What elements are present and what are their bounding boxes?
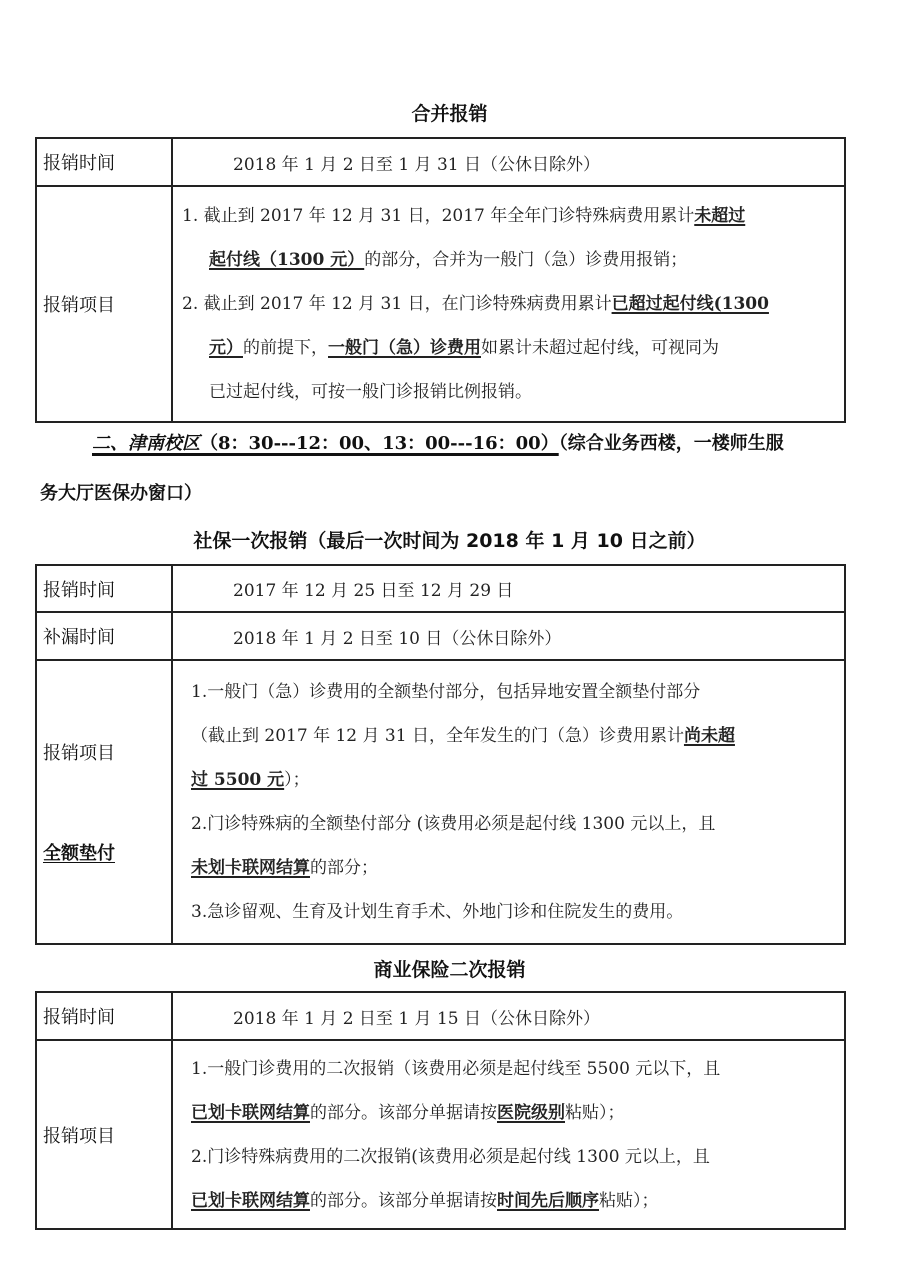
label-supplement-time: 补漏时间	[36, 612, 172, 660]
list-item-continuation: 过 5500 元）；	[191, 758, 838, 802]
value-supplement-time: 2018 年 1 月 2 日至 10 日（公休日除外）	[172, 612, 845, 660]
value-reimbursement-items: 1.一般门（急）诊费用的全额垫付部分，包括异地安置全额垫付部分 （截止到 201…	[172, 660, 845, 944]
list-item: 2.门诊特殊病费用的二次报销(该费用必须是起付线 1300 元以上，且	[191, 1135, 838, 1179]
list-item-continuation: （截止到 2017 年 12 月 31 日，全年发生的门（急）诊费用累计尚未超	[191, 714, 838, 758]
label-reimbursement-time: 报销时间	[36, 565, 172, 612]
list-item: 3.急诊留观、生育及计划生育手术、外地门诊和住院发生的费用。	[191, 890, 838, 934]
campus-location: （综合业务西楼，一楼师生服	[559, 433, 784, 454]
list-item-continuation: 已划卡联网结算的部分。该部分单据请按医院级别粘贴）；	[191, 1091, 838, 1135]
label-reimbursement-items: 报销项目	[36, 186, 172, 422]
list-item-continuation: 已过起付线，可按一般门诊报销比例报销。	[182, 370, 838, 414]
merged-reimbursement-table: 报销时间 2018 年 1 月 2 日至 1 月 31 日（公休日除外） 报销项…	[35, 137, 846, 423]
list-item-continuation: 未划卡联网结算的部分；	[191, 846, 838, 890]
value-reimbursement-time: 2018 年 1 月 2 日至 1 月 15 日（公休日除外）	[172, 992, 845, 1040]
section-title-social-insurance: 社保一次报销（最后一次时间为 2018 年 1 月 10 日之前）	[0, 529, 899, 553]
value-reimbursement-time: 2017 年 12 月 25 日至 12 月 29 日	[172, 565, 845, 612]
section-title-commercial-insurance: 商业保险二次报销	[0, 958, 899, 982]
list-item: 2.门诊特殊病的全额垫付部分 (该费用必须是起付线 1300 元以上，且	[191, 802, 838, 846]
list-item: 1.一般门诊费用的二次报销（该费用必须是起付线至 5500 元以下，且	[191, 1047, 838, 1091]
value-reimbursement-items: 1. 截止到 2017 年 12 月 31 日，2017 年全年门诊特殊病费用累…	[172, 186, 845, 422]
social-insurance-table: 报销时间 2017 年 12 月 25 日至 12 月 29 日 补漏时间 20…	[35, 564, 846, 945]
list-item-continuation: 已划卡联网结算的部分。该部分单据请按时间先后顺序粘贴）；	[191, 1179, 838, 1223]
campus-name-hours: 二、津南校区（8：30---12：00、13：00---16：00）	[40, 433, 559, 454]
label-reimbursement-items: 报销项目	[36, 1040, 172, 1229]
label-reimbursement-items: 报销项目 全额垫付	[36, 660, 172, 944]
list-item-continuation: 元）的前提下，一般门（急）诊费用如累计未超过起付线，可视同为	[182, 326, 838, 370]
campus-heading: 二、津南校区（8：30---12：00、13：00---16：00）（综合业务西…	[40, 433, 860, 455]
value-reimbursement-time: 2018 年 1 月 2 日至 1 月 31 日（公休日除外）	[172, 138, 845, 186]
label-reimbursement-time: 报销时间	[36, 992, 172, 1040]
list-item: 2. 截止到 2017 年 12 月 31 日，在门诊特殊病费用累计已超过起付线…	[182, 282, 838, 326]
commercial-insurance-table: 报销时间 2018 年 1 月 2 日至 1 月 15 日（公休日除外） 报销项…	[35, 991, 846, 1230]
label-reimbursement-time: 报销时间	[36, 138, 172, 186]
list-item-continuation: 起付线（1300 元）的部分，合并为一般门（急）诊费用报销；	[182, 238, 838, 282]
label-full-prepayment: 全额垫付	[43, 839, 171, 865]
section-title-merged-reimbursement: 合并报销	[0, 102, 899, 126]
list-item: 1.一般门（急）诊费用的全额垫付部分，包括异地安置全额垫付部分	[191, 670, 838, 714]
list-item: 1. 截止到 2017 年 12 月 31 日，2017 年全年门诊特殊病费用累…	[182, 194, 838, 238]
value-reimbursement-items: 1.一般门诊费用的二次报销（该费用必须是起付线至 5500 元以下，且 已划卡联…	[172, 1040, 845, 1229]
campus-location-continued: 务大厅医保办窗口）	[40, 483, 860, 505]
